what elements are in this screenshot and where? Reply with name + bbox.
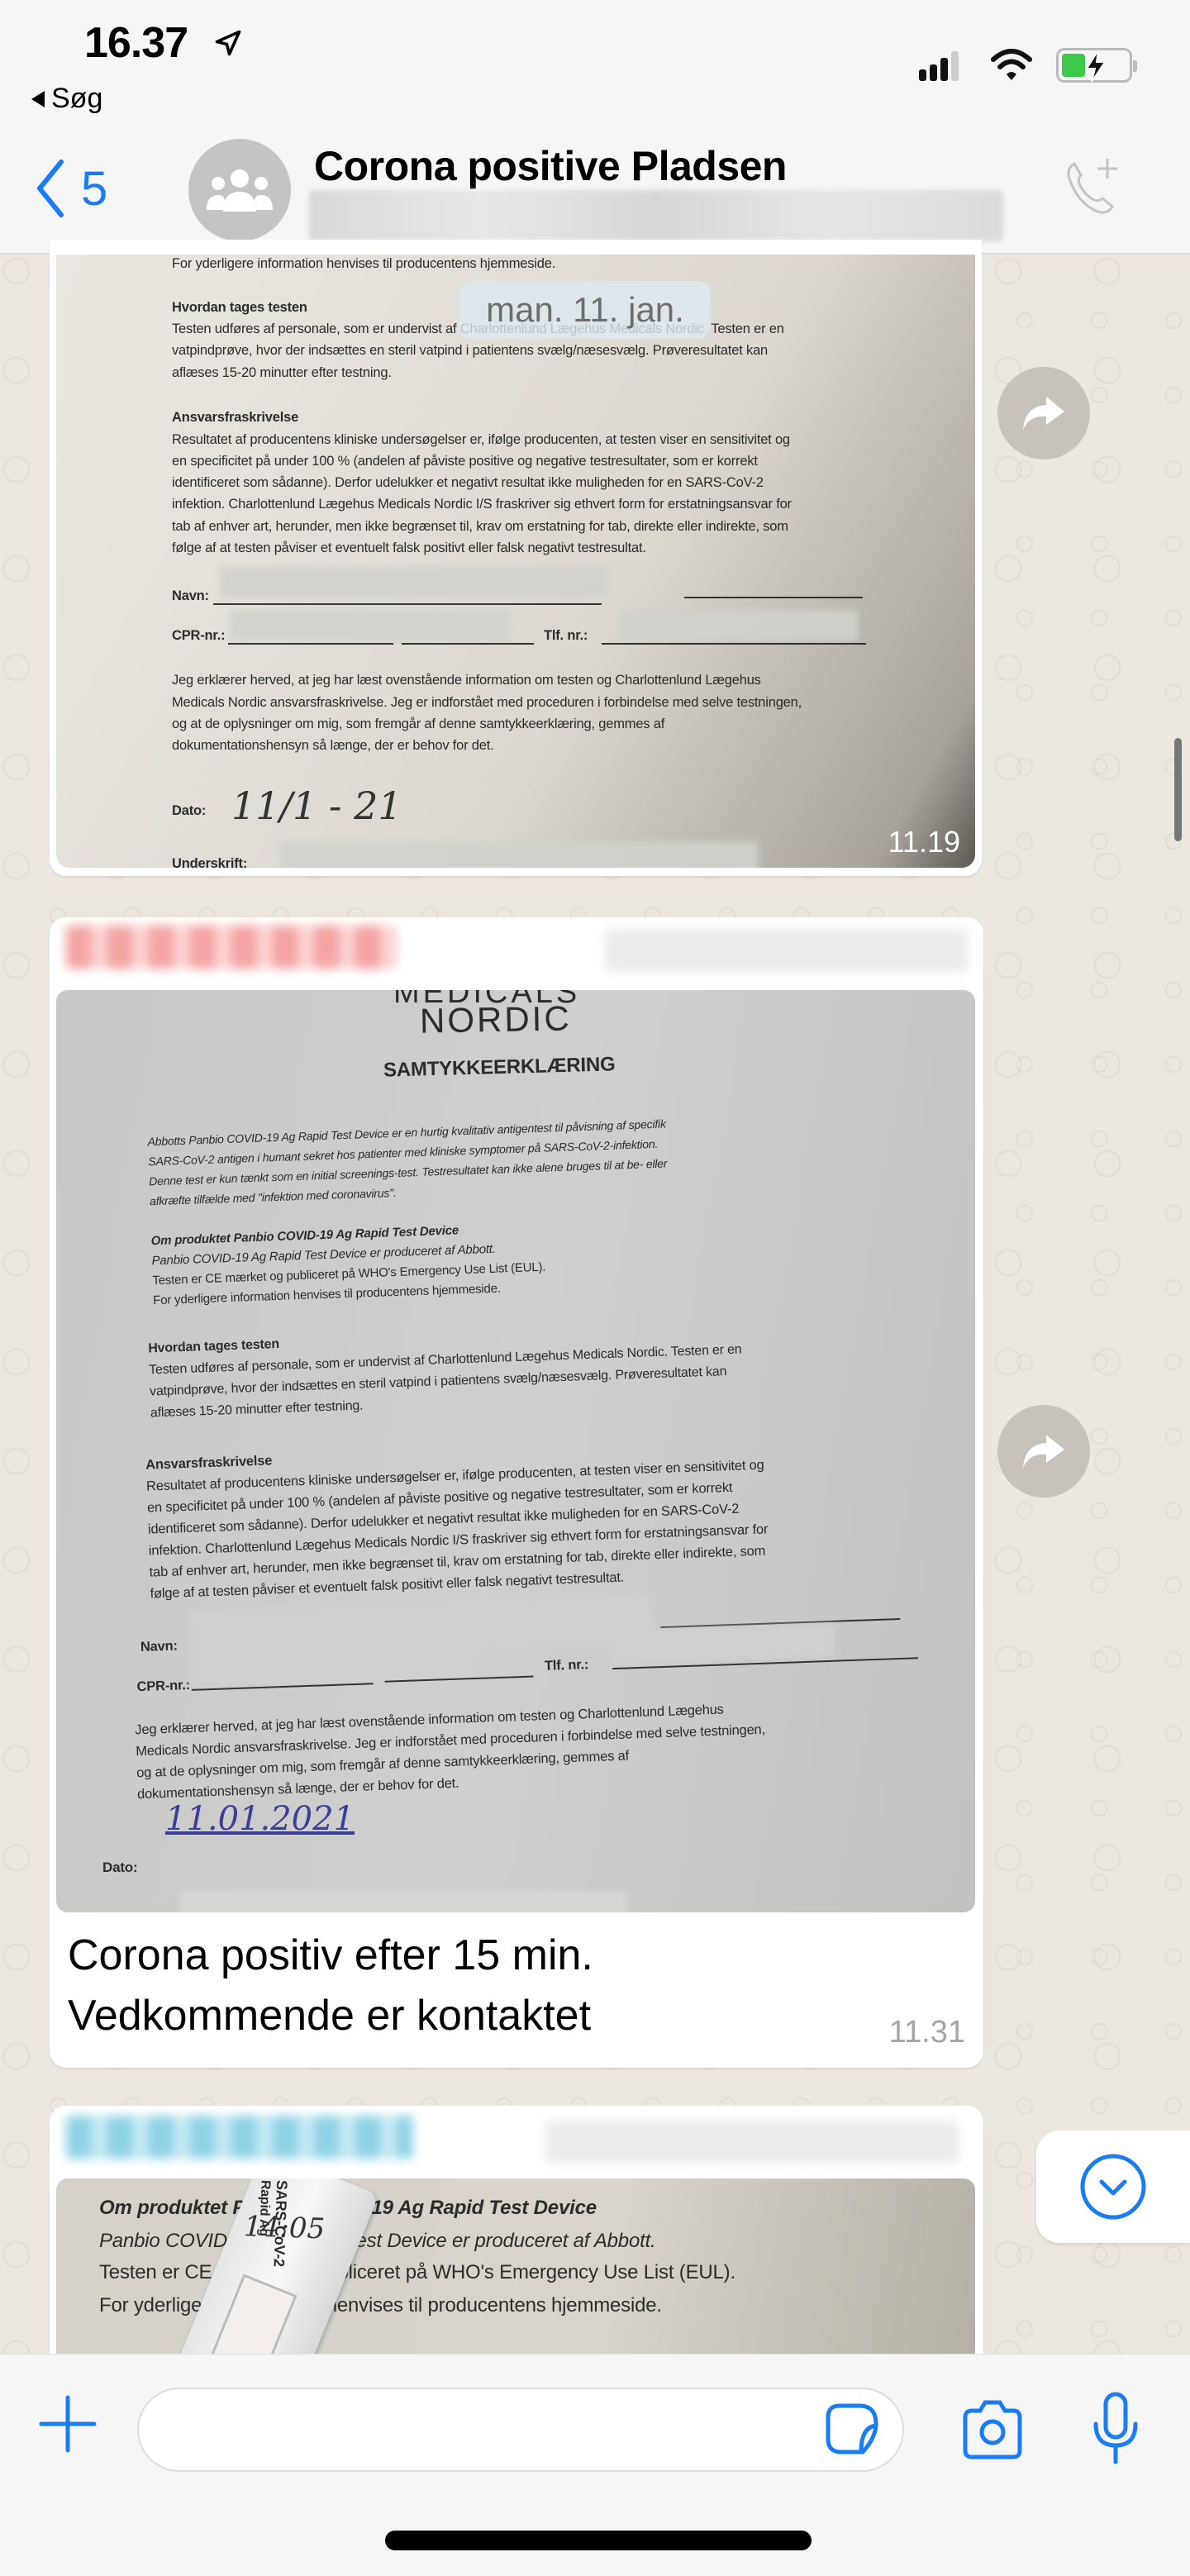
- sender-phone-blurred: [545, 2121, 959, 2164]
- forward-button[interactable]: [997, 1405, 1090, 1498]
- back-triangle-icon: [31, 91, 45, 107]
- document-photo-2[interactable]: MEDICALS NORDIC SAMTYKKEERKLÆRING Abbott…: [56, 990, 975, 1912]
- test-device-handwritten-time: 14:05: [243, 2210, 325, 2245]
- group-members-subtitle-blurred: [309, 190, 1003, 241]
- cellular-signal-icon: [919, 51, 959, 81]
- location-arrow-icon: [213, 28, 243, 58]
- doc-field-label: CPR-nr.:: [136, 1678, 190, 1695]
- forward-arrow-icon: [1021, 395, 1066, 431]
- add-call-icon[interactable]: [1058, 154, 1126, 221]
- date-separator: man. 11. jan.: [459, 281, 711, 339]
- doc-text: Ansvarsfraskrivelse: [172, 410, 298, 426]
- group-avatar[interactable]: [188, 139, 291, 241]
- doc-text: aflæses 15-20 minutter efter testning.: [172, 365, 392, 381]
- doc-text: Jeg erklærer herved, at jeg har læst ove…: [172, 673, 761, 688]
- doc-text: Medicals Nordic ansvarsfraskrivelse. Jeg…: [172, 695, 802, 711]
- doc-field-label: Navn:: [140, 1639, 178, 1656]
- unread-count: 5: [81, 161, 107, 217]
- message-caption-line-1: Corona positiv efter 15 min.: [68, 1926, 593, 1986]
- doc-field-label: Navn:: [172, 588, 209, 604]
- forward-arrow-icon: [1021, 1433, 1066, 1469]
- redacted-phone: [612, 1624, 835, 1664]
- sender-phone-blurred: [605, 929, 969, 972]
- doc-text: For yderligere information henvises til …: [99, 2294, 662, 2317]
- sender-name-blurred: [66, 2116, 413, 2159]
- chat-header: 5 Corona positive Pladsen: [0, 124, 1190, 255]
- message-bubble-image-caption[interactable]: MEDICALS NORDIC SAMTYKKEERKLÆRING Abbott…: [50, 917, 983, 2068]
- group-avatar-icon: [205, 165, 274, 215]
- chevron-left-icon: [33, 157, 66, 220]
- redacted-signature: [279, 841, 759, 868]
- wifi-icon: [990, 46, 1033, 83]
- doc-text: Panbio COVID-19 Ag Rapid Test Device er …: [99, 2230, 656, 2253]
- message-bubble-image-3[interactable]: Om produktet Panbio COVID-19 Ag Rapid Te…: [50, 2106, 983, 2370]
- document-photo-3[interactable]: Om produktet Panbio COVID-19 Ag Rapid Te…: [56, 2178, 975, 2377]
- doc-text: dokumentationshensyn så længe, der er be…: [137, 1776, 459, 1803]
- doc-text: infektion. Charlottenlund Lægehus Medica…: [172, 497, 792, 512]
- doc-text: Hvordan tages testen: [172, 300, 307, 316]
- sticker-icon[interactable]: [823, 2401, 881, 2459]
- doc-text: dokumentationshensyn så længe, der er be…: [172, 738, 494, 754]
- plus-icon[interactable]: [38, 2394, 98, 2454]
- doc-field-label: Tlf. nr.:: [545, 1657, 589, 1674]
- message-input[interactable]: [137, 2388, 904, 2472]
- doc-text: For yderligere information henvises til …: [172, 256, 555, 272]
- document-photo-1[interactable]: For yderligere information henvises til …: [56, 255, 975, 868]
- redacted-phone: [618, 610, 858, 641]
- redacted-cpr: [230, 610, 511, 641]
- doc-text: vatpindprøve, hvor der indsættes en ster…: [172, 343, 768, 359]
- message-time: 11.31: [889, 2015, 965, 2050]
- group-title[interactable]: Corona positive Pladsen: [314, 142, 787, 190]
- forward-button[interactable]: [997, 367, 1090, 459]
- battery-charging-icon: [1056, 48, 1132, 83]
- home-indicator[interactable]: [385, 2531, 812, 2550]
- doc-field-label: Tlf. nr.:: [544, 628, 588, 644]
- camera-icon[interactable]: [959, 2397, 1026, 2464]
- doc-text: tab af enhver art, herunder, men ikke be…: [172, 519, 788, 535]
- handwritten-date: 11/1 - 21: [231, 783, 402, 828]
- redacted-signature: [180, 1891, 626, 1912]
- doc-text: afkræfte tilfælde med "infektion med cor…: [150, 1186, 397, 1207]
- doc-field-label: Dato:: [172, 803, 206, 819]
- back-button[interactable]: 5: [33, 157, 107, 220]
- message-caption-line-2: Vedkommende er kontaktet: [68, 1986, 591, 2046]
- microphone-icon[interactable]: [1091, 2391, 1140, 2465]
- scroll-to-bottom-button[interactable]: [1036, 2131, 1190, 2243]
- message-time: 11.19: [888, 825, 960, 859]
- doc-text: Resultatet af producentens kliniske unde…: [172, 432, 790, 448]
- back-to-search-label: Søg: [51, 83, 102, 115]
- doc-text: Hvordan tages testen: [148, 1337, 279, 1357]
- doc-field-label: Underskrift:: [172, 856, 247, 868]
- sender-name-blurred: [66, 926, 397, 969]
- status-time: 16.37: [84, 18, 188, 68]
- doc-text: Ansvarsfraskrivelse: [145, 1453, 273, 1473]
- doc-field-label: Dato:: [102, 1859, 137, 1876]
- redacted-name: [220, 567, 608, 598]
- handwritten-date: 11.01.2021: [165, 1800, 355, 1838]
- back-to-search-link[interactable]: Søg: [31, 83, 102, 115]
- chevron-down-circle-icon: [1078, 2152, 1148, 2221]
- doc-text: følge af at testen påviser et eventuelt …: [172, 540, 646, 556]
- doc-text: Testen er CE mærket og publiceret på WHO…: [99, 2261, 735, 2284]
- doc-text: og at de oplysninger om mig, som fremgår…: [172, 717, 664, 732]
- doc-text: en specificitet på under 100 % (andelen …: [172, 454, 758, 469]
- doc-text: aflæses 15-20 minutter efter testning.: [150, 1398, 364, 1421]
- scroll-indicator[interactable]: [1174, 738, 1182, 841]
- status-bar: 16.37 Søg: [0, 0, 1190, 124]
- doc-text: identificeret som sådanne). Derfor udelu…: [172, 475, 764, 491]
- doc-field-label: CPR-nr.:: [172, 628, 225, 644]
